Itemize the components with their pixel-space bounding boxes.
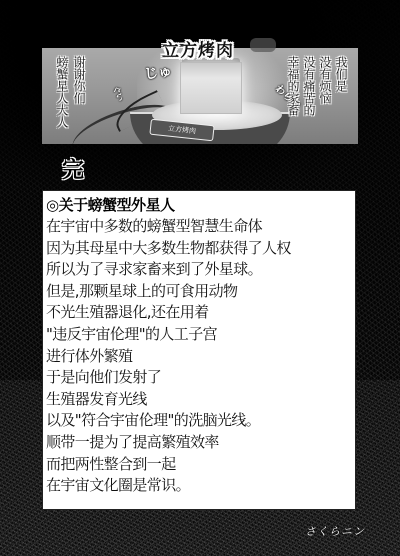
speech-livestock-col-2: 没有烦恼 xyxy=(318,56,332,104)
title-smudge xyxy=(250,38,276,52)
info-line: 而把两性整合到一起 xyxy=(46,454,355,476)
info-line: 于是向他们发射了 xyxy=(46,367,355,389)
info-line: 以及"符合宇宙伦理"的洗脑光线。 xyxy=(46,410,355,432)
speech-livestock-col-4: 幸福的家畜 xyxy=(286,56,300,116)
info-line: 所以为了寻求家畜来到了外星球。 xyxy=(46,259,355,281)
speech-livestock-col-1: 我们是 xyxy=(334,56,348,92)
info-line: 在宇宙文化圈是常识。 xyxy=(46,475,355,497)
info-line: 但是,那颗星球上的可食用动物 xyxy=(46,281,355,303)
info-box: ◎关于螃蟹型外星人 在宇宙中多数的螃蟹型智慧生命体 因为其母星中大多数生物都获得… xyxy=(42,190,356,510)
meat-cube-icon xyxy=(180,62,242,114)
speech-thanks-col-2: 螃蟹星人大人 xyxy=(55,56,69,128)
panel-title: 立方烤肉 xyxy=(162,36,234,61)
speech-livestock-col-3: 没有痛苦的 xyxy=(302,56,316,116)
info-line: 因为其母星中大多数生物都获得了人权 xyxy=(46,238,355,260)
speech-thanks-col-1: 谢谢你们 xyxy=(72,56,86,104)
end-mark: 完 xyxy=(62,153,84,184)
info-line: 进行体外繁殖 xyxy=(46,346,355,368)
info-heading: ◎关于螃蟹型外星人 xyxy=(46,194,355,216)
info-line: 顺带一提为了提高繁殖效率 xyxy=(46,432,355,454)
artist-signature: さくらニン xyxy=(305,523,365,539)
info-line: "违反宇宙伦理"的人工子宫 xyxy=(46,324,355,346)
sfx-claw: ぐい xyxy=(110,84,126,103)
info-line: 生殖器发育光线 xyxy=(46,389,355,411)
info-line: 不光生殖器退化,还在用着 xyxy=(46,302,355,324)
info-line: 在宇宙中多数的螃蟹型智慧生命体 xyxy=(46,216,355,238)
sfx-sizzle: じゅ xyxy=(143,60,174,84)
manga-page: 立方烤肉 じゅ わらわ ぐい 谢谢你们 螃蟹星人大人 我们是 没有烦恼 没有痛苦… xyxy=(0,0,400,556)
